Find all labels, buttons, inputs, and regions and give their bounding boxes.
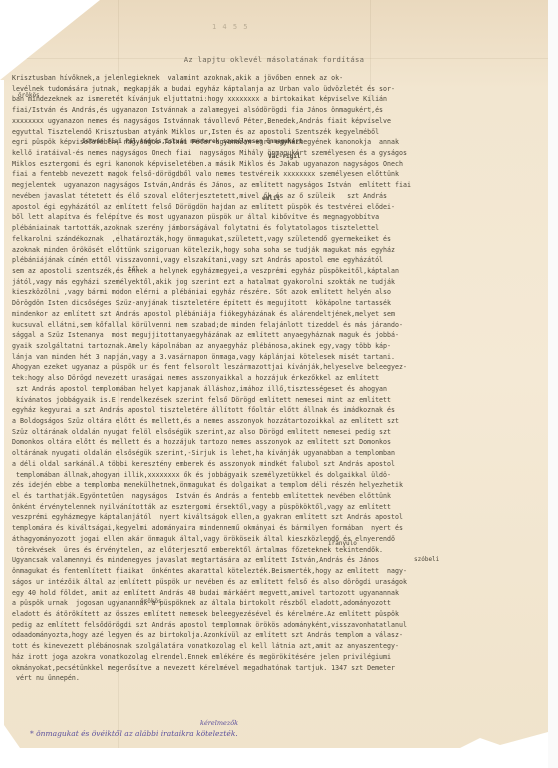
- text-line: xxxxxxxx ugyanazon nemes és nagyságos Is…: [12, 116, 512, 127]
- text-line: eladott és átörökített az összes említet…: [12, 609, 512, 620]
- text-line: egy 40 hold földet, amit az említett And…: [12, 588, 512, 599]
- text-line: gyaik szolgáltatni tartoznak.Amely kápol…: [12, 341, 512, 352]
- text-line: kellő iratáival-és nemes nagyságos Onech…: [12, 148, 512, 159]
- text-line: el és tarthatják.Egyöntetűen nagyságos I…: [12, 491, 512, 502]
- text-line: tott és kinevezett plébánosnak szolgálat…: [12, 641, 512, 652]
- interlinear-note: örökös: [140, 598, 162, 605]
- text-line: jától,vagy más egyházi személyektől,akik…: [12, 277, 512, 288]
- interlinear-note: örökös: [18, 92, 40, 99]
- text-line: Szüz oltárának oldalán nyugat felöl első…: [12, 427, 512, 438]
- text-line: a déli oldal sarkánál.A többi keresztény…: [12, 459, 512, 470]
- text-line: veszprémi egyházmegye káptalanjától nyer…: [12, 512, 512, 523]
- text-line: szt András apostol templomában helyet ka…: [12, 384, 512, 395]
- text-line: Krisztusban hívőknek,a jelenlegieknek va…: [12, 73, 512, 84]
- text-line: Domonkos oltára előtt és mellett és a ho…: [12, 437, 512, 448]
- text-line: áthagyományozott jogai ellen akár önmagu…: [12, 534, 512, 545]
- text-line: Dörögdön Isten dicsőséges Szüz-anyjának …: [12, 298, 512, 309]
- handwritten-annotation: kérelmezők: [200, 719, 238, 727]
- interlinear-note: től: [128, 266, 139, 273]
- text-line: vért nu ünnepén.: [12, 673, 512, 684]
- text-line: önmagukat és fentemlített fiaikat önként…: [12, 566, 512, 577]
- interlinear-note: István fiai Pál,András,István mesterek s…: [82, 138, 302, 145]
- text-line: ház irott joga azokra vonatkozolag elren…: [12, 652, 512, 663]
- text-line: tek:hogy also Dörögd nevezett uraságai n…: [12, 373, 512, 384]
- text-line: egyuttal Tisztelendő Krisztusban atyánk …: [12, 127, 512, 138]
- text-line: ban mindezeknek az ismeretét kívánjuk el…: [12, 94, 512, 105]
- text-line: templomában állnak,ahogyan illik,xxxxxxx…: [12, 470, 512, 481]
- text-line: kívánatos jobbágyaik is.E rendelkezések …: [12, 395, 512, 406]
- faint-stamp-number: 1 4 5 5: [212, 23, 249, 31]
- interlinear-note: szóbeli: [414, 556, 439, 563]
- text-line: zés idején ebbe a templomba menekülhetne…: [12, 480, 512, 491]
- text-line: fiai/István és András,és ugyanazon Istvá…: [12, 105, 512, 116]
- text-line: megjelentek ugyanazon nagyságos István,A…: [12, 180, 512, 191]
- interlinear-note: Vác-rigil: [268, 153, 301, 160]
- text-line: kieszközölni ,vagy bármi modon elérni a …: [12, 287, 512, 298]
- text-line: a püspök urnak jogosan ugyanannak a püsp…: [12, 598, 512, 609]
- text-line: plébániájának címén ettől visszavonni,va…: [12, 255, 512, 266]
- text-line: Ahogyan ezeket ugyanaz a püspök ur és fe…: [12, 362, 512, 373]
- document-title: Az lapjtu oklevél másolatának fordítása: [0, 55, 548, 64]
- handwritten-footnote: * önmagukat és övéiktől az alábbi iratai…: [30, 729, 238, 738]
- text-line: önként érvénytelennek nyilvánították az …: [12, 502, 512, 513]
- text-line: plébániainak tartották,azoknak szerény j…: [12, 223, 512, 234]
- document-page: 1 4 5 5 Az lapjtu oklevél másolatának fo…: [0, 0, 548, 750]
- text-line: sem az apostoli szentszék,és ennek a hel…: [12, 266, 512, 277]
- text-line: apostol égi egyházától az említett felső…: [12, 202, 512, 213]
- text-line: Miklos esztergomi és egri kanonok képvis…: [12, 159, 512, 170]
- text-line: azoknak minden örökösét előttünk szigoru…: [12, 245, 512, 256]
- text-line: fiai a fentebb nevezett magok felső-dörö…: [12, 169, 512, 180]
- text-line: kucsuval ellátni,sem kőfallal körülvenni…: [12, 320, 512, 331]
- text-line: templomára és kiváltságai,kegyelmi adomá…: [12, 523, 512, 534]
- text-line: lánja van minden hét 3 napján,vagy a 3.v…: [12, 352, 512, 363]
- text-line: törekvések üres és érvénytelen, az előte…: [12, 545, 512, 556]
- text-line: ságos ur intézőik által az említett püsp…: [12, 577, 512, 588]
- text-line: mindenkor az említett szt András apostol…: [12, 309, 512, 320]
- text-line: sággal a Szüz Istenanya most megujjitott…: [12, 330, 512, 341]
- text-line: felkarolni szándékoznak ,elhatározták,ho…: [12, 234, 512, 245]
- typewritten-body: Krisztusban hívőknek,a jelenlegieknek va…: [12, 73, 512, 684]
- text-line: a Boldogságos Szüz oltára előtt és melle…: [12, 416, 512, 427]
- text-line: levélnek tudomására jutnak, megkapják a …: [12, 84, 512, 95]
- text-line: pedig az említett felsődörögdi szt Andrá…: [12, 620, 512, 631]
- text-line: odaadományozta,hogy azé legyen és az bir…: [12, 630, 512, 641]
- interlinear-note: említ: [262, 195, 280, 202]
- text-line: oltárának nyugati oldalán elsőségük szer…: [12, 448, 512, 459]
- text-line: egyház kegyurai a szt András apostol tis…: [12, 405, 512, 416]
- text-line: ből lett alapítva és felépítve és most u…: [12, 212, 512, 223]
- text-line: okmányokat,pecsétünkkel megerősítve a ne…: [12, 663, 512, 674]
- interlinear-note: irányulo: [328, 540, 357, 547]
- page-edge: [548, 0, 558, 768]
